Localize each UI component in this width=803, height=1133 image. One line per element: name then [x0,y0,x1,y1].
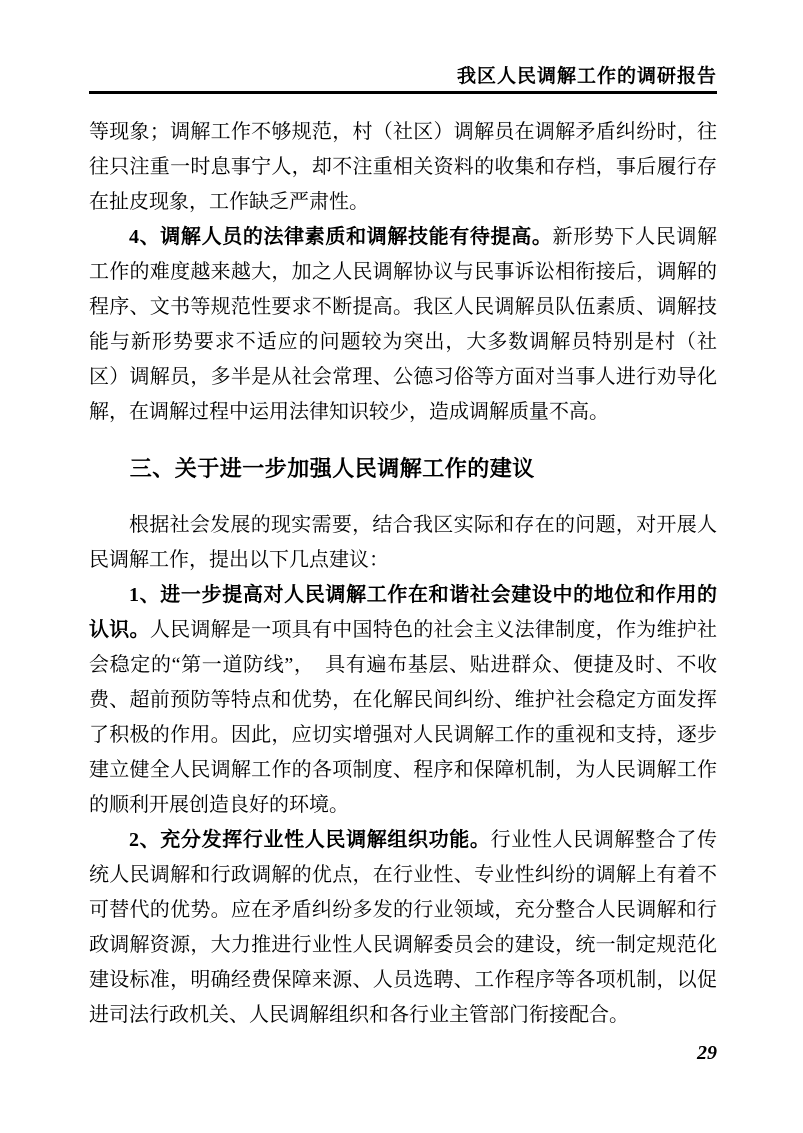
document-page: 我区人民调解工作的调研报告 等现象；调解工作不够规范，村（社区）调解员在调解矛盾… [0,0,803,1133]
paragraph-intro: 根据社会发展的现实需要，结合我区实际和存在的问题，对开展人民调解工作，提出以下几… [89,508,717,578]
section-heading: 三、关于进一步加强人民调解工作的建议 [89,451,717,486]
paragraph-item-2-lead: 2、充分发挥行业性人民调解组织功能。 [129,829,491,851]
paragraph-item-2: 2、充分发挥行业性人民调解组织功能。行业性人民调解整合了传统人民调解和行政调解的… [89,823,717,1033]
paragraph-item-4-text: 新形势下人民调解工作的难度越来越大，加之人民调解协议与民事诉讼相衔接后，调解的程… [89,226,717,423]
paragraph-item-1-text: 人民调解是一项具有中国特色的社会主义法律制度，作为维护社会稳定的“第一道防线”，… [89,619,717,816]
paragraph-item-2-text: 行业性人民调解整合了传统人民调解和行政调解的优点，在行业性、专业性纠纷的调解上有… [89,829,717,1026]
document-body: 等现象；调解工作不够规范，村（社区）调解员在调解矛盾纠纷时，往往只注重一时息事宁… [89,91,717,1033]
paragraph-item-1: 1、进一步提高对人民调解工作在和谐社会建设中的地位和作用的认识。人民调解是一项具… [89,578,717,823]
page-footer: 29 [89,1042,717,1065]
paragraph-continuation: 等现象；调解工作不够规范，村（社区）调解员在调解矛盾纠纷时，往往只注重一时息事宁… [89,115,717,220]
paragraph-item-4-lead: 4、调解人员的法律素质和调解技能有待提高。 [129,226,553,248]
header-title: 我区人民调解工作的调研报告 [457,61,717,88]
paragraph-item-4: 4、调解人员的法律素质和调解技能有待提高。新形势下人民调解工作的难度越来越大，加… [89,220,717,430]
page-header: 我区人民调解工作的调研报告 [89,0,717,94]
page-number: 29 [697,1042,717,1064]
